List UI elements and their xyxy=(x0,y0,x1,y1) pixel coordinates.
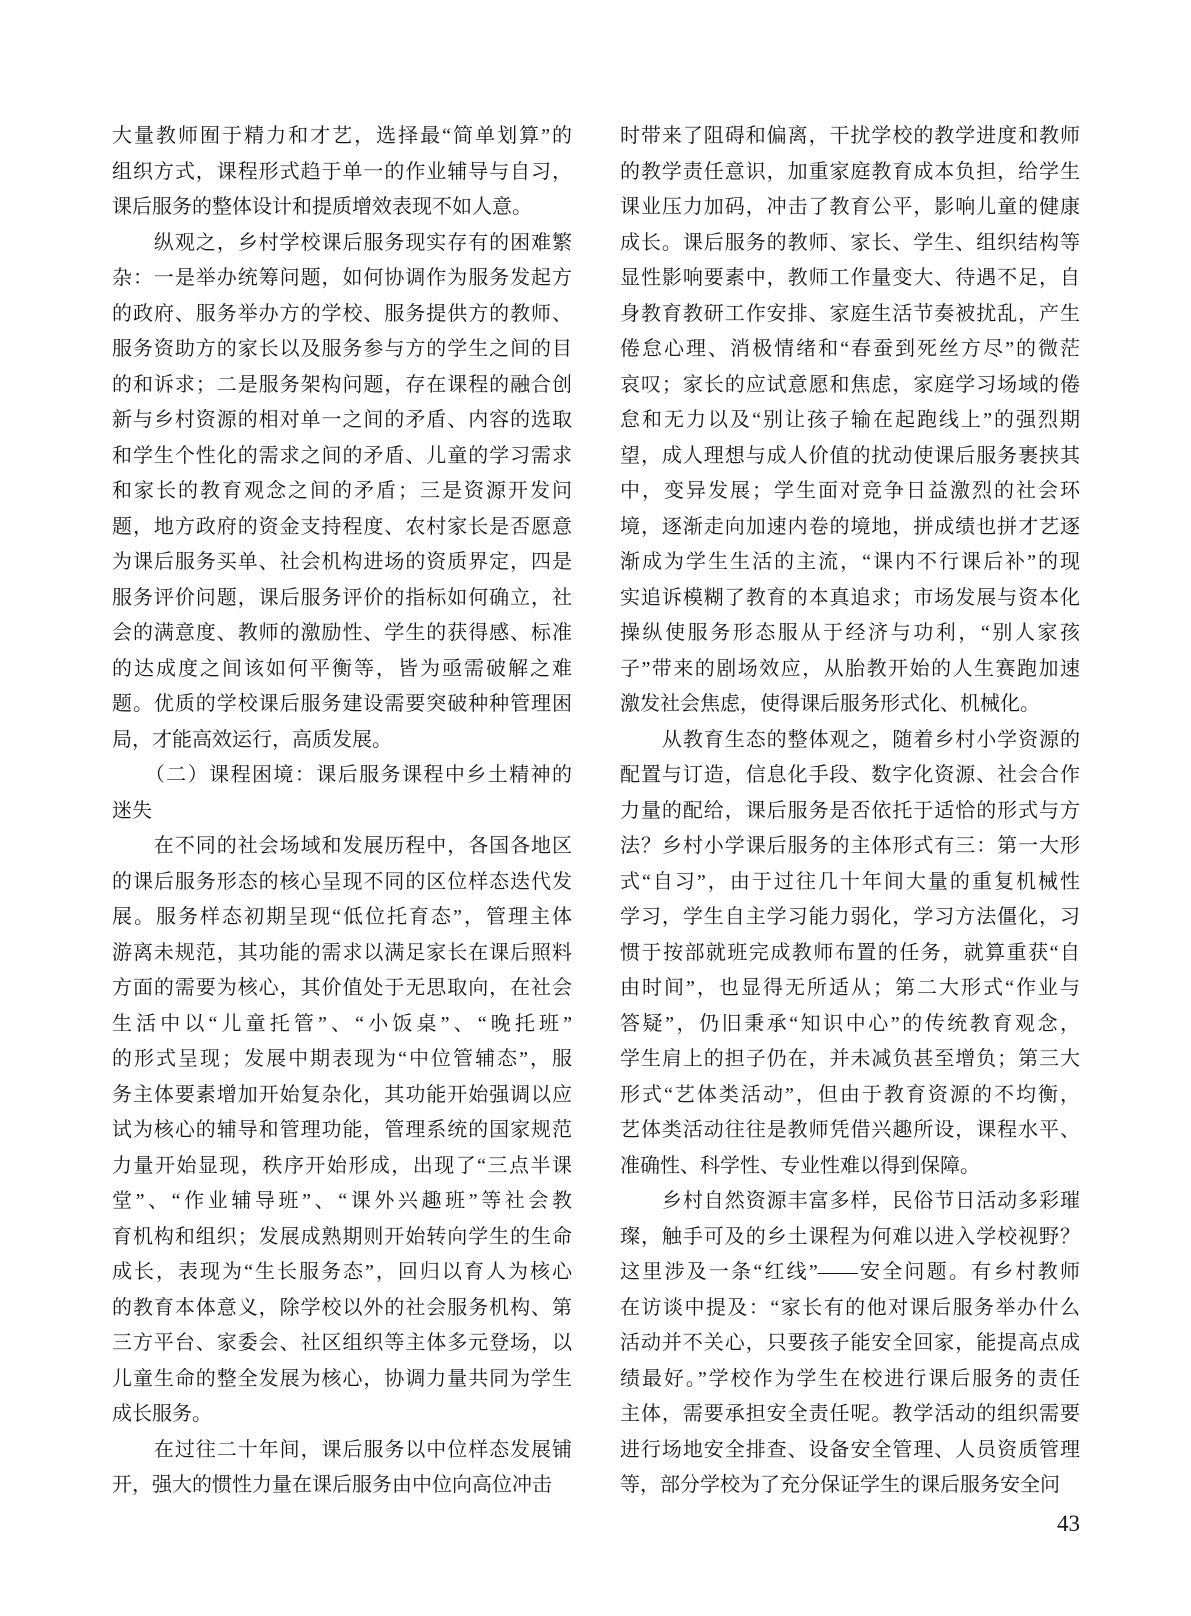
text-line: 服务资助方的家长以及服务参与方的学生之间的目 xyxy=(112,332,572,368)
text-line: 儿童生命的整全发展为核心，协调力量共同为学生 xyxy=(112,1362,572,1398)
text-line: 境，逐渐走向加速内卷的境地，拼成绩也拼才艺逐 xyxy=(620,510,1080,546)
text-line: 迷失 xyxy=(112,794,572,830)
text-line: 学习，学生自主学习能力弱化，学习方法僵化，习 xyxy=(620,900,1080,936)
text-line: 艺体类活动往往是教师凭借兴趣所设，课程水平、 xyxy=(620,1113,1080,1149)
text-line: 准确性、科学性、专业性难以得到保障。 xyxy=(620,1149,1080,1185)
text-line: 身教育教研工作安排、家庭生活节奏被扰乱，产生 xyxy=(620,297,1080,333)
text-line: 时带来了阻碍和偏离，干扰学校的教学进度和教师 xyxy=(620,119,1080,155)
text-line: 和家长的教育观念之间的矛盾；三是资源开发问 xyxy=(112,474,572,510)
text-line: 局，才能高效运行，高质发展。 xyxy=(112,723,572,759)
text-line: 乡村自然资源丰富多样，民俗节日活动多彩璀 xyxy=(620,1184,1080,1220)
text-line: 学生肩上的担子仍在，并未减负甚至增负；第三大 xyxy=(620,1042,1080,1078)
text-line: 课业压力加码，冲击了教育公平，影响儿童的健康 xyxy=(620,190,1080,226)
text-line: 显性影响要素中，教师工作量变大、待遇不足，自 xyxy=(620,261,1080,297)
text-line: 这里涉及一条“红线”——安全问题。有乡村教师 xyxy=(620,1255,1080,1291)
text-line: 题。优质的学校课后服务建设需要突破种种管理困 xyxy=(112,687,572,723)
text-line: 在过往二十年间，课后服务以中位样态发展铺 xyxy=(112,1433,572,1469)
text-line: 哀叹；家长的应试意愿和焦虑，家庭学习场域的倦 xyxy=(620,368,1080,404)
text-line: 在访谈中提及：“家长有的他对课后服务举办什么 xyxy=(620,1291,1080,1327)
text-line: 等，部分学校为了充分保证学生的课后服务安全问 xyxy=(620,1468,1080,1504)
text-line: 题，地方政府的资金支持程度、农村家长是否愿意 xyxy=(112,510,572,546)
text-line: 成长。课后服务的教师、家长、学生、组织结构等 xyxy=(620,226,1080,262)
text-line: 成长，表现为“生长服务态”，回归以育人为核心 xyxy=(112,1255,572,1291)
text-line: 成长服务。 xyxy=(112,1397,572,1433)
text-line: 三方平台、家委会、社区组织等主体多元登场，以 xyxy=(112,1326,572,1362)
text-line: 从教育生态的整体观之，随着乡村小学资源的 xyxy=(620,723,1080,759)
text-line: 杂：一是举办统筹问题，如何协调作为服务发起方 xyxy=(112,261,572,297)
text-line: 和学生个性化的需求之间的矛盾、儿童的学习需求 xyxy=(112,439,572,475)
text-line: 新与乡村资源的相对单一之间的矛盾、内容的选取 xyxy=(112,403,572,439)
text-line: 大量教师囿于精力和才艺，选择最“简单划算”的 xyxy=(112,119,572,155)
text-line: 激发社会焦虑，使得课后服务形式化、机械化。 xyxy=(620,687,1080,723)
text-line: 渐成为学生生活的主流，“课内不行课后补”的现 xyxy=(620,545,1080,581)
text-line: 为课后服务买单、社会机构进场的资质界定，四是 xyxy=(112,545,572,581)
text-line: 中，变异发展；学生面对竞争日益激烈的社会环 xyxy=(620,474,1080,510)
text-line: 式“自习”，由于过往几十年间大量的重复机械性 xyxy=(620,865,1080,901)
text-line: 堂”、“作业辅导班”、“课外兴趣班”等社会教 xyxy=(112,1184,572,1220)
text-line: （二）课程困境：课后服务课程中乡土精神的 xyxy=(112,758,572,794)
text-line: 会的满意度、教师的激励性、学生的获得感、标准 xyxy=(112,616,572,652)
text-line: 由时间”，也显得无所适从；第二大形式“作业与 xyxy=(620,971,1080,1007)
text-line: 在不同的社会场域和发展历程中，各国各地区 xyxy=(112,829,572,865)
page-text-block: 大量教师囿于精力和才艺，选择最“简单划算”的组织方式，课程形式趋于单一的作业辅导… xyxy=(112,119,1080,1504)
text-line: 务主体要素增加开始复杂化，其功能开始强调以应 xyxy=(112,1078,572,1114)
text-line: 的教育本体意义，除学校以外的社会服务机构、第 xyxy=(112,1291,572,1327)
text-line: 方面的需要为核心，其价值处于无思取向，在社会 xyxy=(112,971,572,1007)
text-line: 组织方式，课程形式趋于单一的作业辅导与自习， xyxy=(112,155,572,191)
right-column: 时带来了阻碍和偏离，干扰学校的教学进度和教师的教学责任意识，加重家庭教育成本负担… xyxy=(620,119,1080,1504)
text-line: 望，成人理想与成人价值的扰动使课后服务裹挟其 xyxy=(620,439,1080,475)
text-line: 育机构和组织；发展成熟期则开始转向学生的生命 xyxy=(112,1220,572,1256)
page-number: 43 xyxy=(1057,1506,1080,1541)
text-line: 生活中以“儿童托管”、“小饭桌”、“晚托班” xyxy=(112,1007,572,1043)
text-line: 主体，需要承担安全责任呢。教学活动的组织需要 xyxy=(620,1397,1080,1433)
text-line: 纵观之，乡村学校课后服务现实存有的困难繁 xyxy=(112,226,572,262)
text-line: 的形式呈现；发展中期表现为“中位管辅态”，服 xyxy=(112,1042,572,1078)
text-line: 的达成度之间该如何平衡等，皆为亟需破解之难 xyxy=(112,652,572,688)
text-line: 形式“艺体类活动”，但由于教育资源的不均衡， xyxy=(620,1078,1080,1114)
text-line: 力量的配给，课后服务是否依托于适恰的形式与方 xyxy=(620,794,1080,830)
text-line: 璨，触手可及的乡土课程为何难以进入学校视野？ xyxy=(620,1220,1080,1256)
text-line: 操纵使服务形态服从于经济与功利，“别人家孩 xyxy=(620,616,1080,652)
text-line: 力量开始显现，秩序开始形成，出现了“三点半课 xyxy=(112,1149,572,1185)
text-line: 服务评价问题，课后服务评价的指标如何确立，社 xyxy=(112,581,572,617)
text-line: 倦怠心理、消极情绪和“春蚕到死丝方尽”的微茫 xyxy=(620,332,1080,368)
text-line: 开，强大的惯性力量在课后服务由中位向高位冲击 xyxy=(112,1468,572,1504)
text-line: 课后服务的整体设计和提质增效表现不如人意。 xyxy=(112,190,572,226)
text-line: 活动并不关心，只要孩子能安全回家，能提高点成 xyxy=(620,1326,1080,1362)
text-line: 怠和无力以及“别让孩子输在起跑线上”的强烈期 xyxy=(620,403,1080,439)
text-line: 的政府、服务举办方的学校、服务提供方的教师、 xyxy=(112,297,572,333)
left-column: 大量教师囿于精力和才艺，选择最“简单划算”的组织方式，课程形式趋于单一的作业辅导… xyxy=(112,119,572,1504)
text-line: 游离未规范，其功能的需求以满足家长在课后照料 xyxy=(112,936,572,972)
text-line: 绩最好。”学校作为学生在校进行课后服务的责任 xyxy=(620,1362,1080,1398)
text-line: 配置与订造，信息化手段、数字化资源、社会合作 xyxy=(620,758,1080,794)
text-line: 展。服务样态初期呈现“低位托育态”，管理主体 xyxy=(112,900,572,936)
text-line: 子”带来的剧场效应，从胎教开始的人生赛跑加速 xyxy=(620,652,1080,688)
text-line: 惯于按部就班完成教师布置的任务，就算重获“自 xyxy=(620,936,1080,972)
text-line: 的教学责任意识，加重家庭教育成本负担，给学生 xyxy=(620,155,1080,191)
text-line: 法？乡村小学课后服务的主体形式有三：第一大形 xyxy=(620,829,1080,865)
text-line: 的和诉求；二是服务架构问题，存在课程的融合创 xyxy=(112,368,572,404)
text-line: 答疑”，仍旧秉承“知识中心”的传统教育观念， xyxy=(620,1007,1080,1043)
text-line: 试为核心的辅导和管理功能，管理系统的国家规范 xyxy=(112,1113,572,1149)
text-line: 的课后服务形态的核心呈现不同的区位样态迭代发 xyxy=(112,865,572,901)
text-line: 实追诉模糊了教育的本真追求；市场发展与资本化 xyxy=(620,581,1080,617)
text-line: 进行场地安全排查、设备安全管理、人员资质管理 xyxy=(620,1433,1080,1469)
